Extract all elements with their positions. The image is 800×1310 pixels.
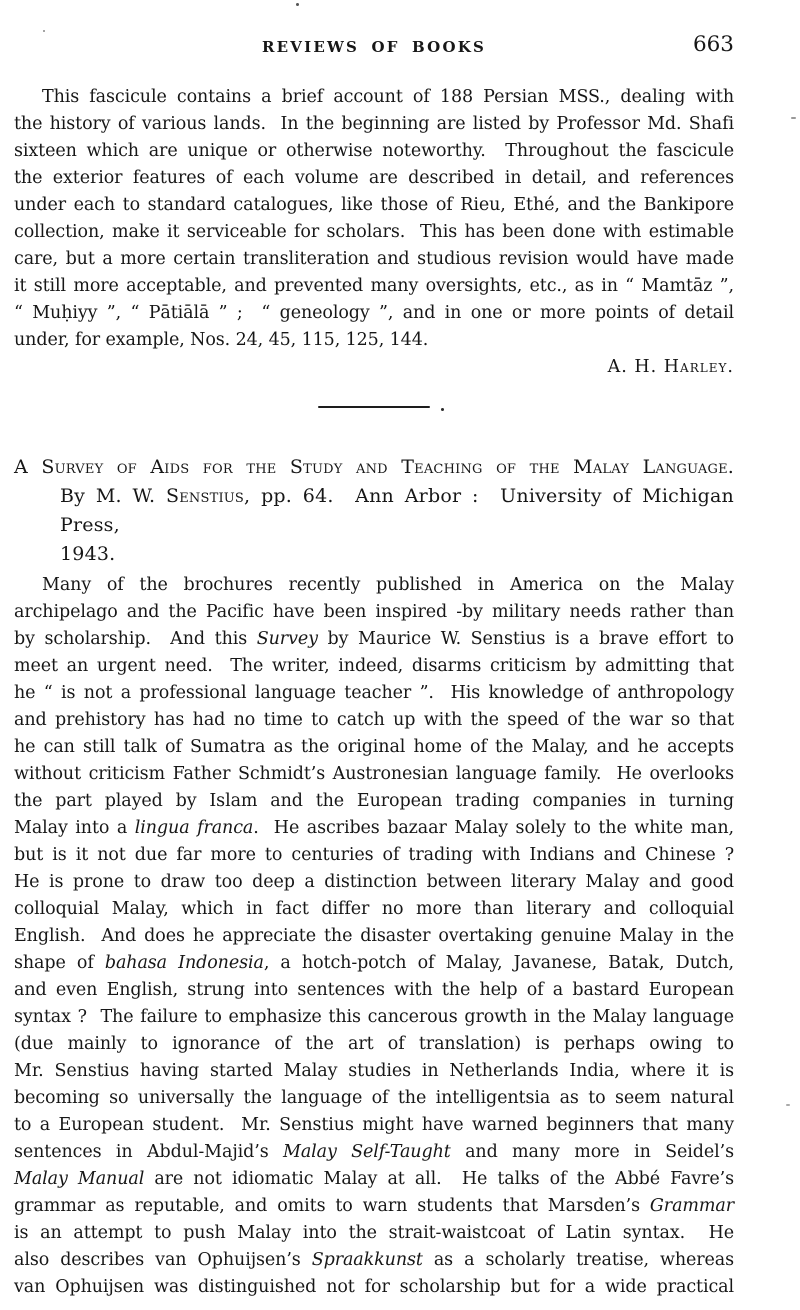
text-line: without criticism Father Schmidt’s Austr… (14, 761, 734, 788)
text-line: sixteen which are unique or otherwise no… (14, 138, 734, 165)
review-paragraph: Many of the brochures recently published… (14, 572, 734, 1301)
text-line: he “ is not a professional language teac… (14, 680, 734, 707)
page-number: 663 (693, 32, 734, 57)
text-line: and prehistory has had no time to catch … (14, 707, 734, 734)
text-line: syntax ? The failure to emphasize this c… (14, 1004, 734, 1031)
text-line: he can still talk of Sumatra as the orig… (14, 734, 734, 761)
text-line: the exterior features of each volume are… (14, 165, 734, 192)
text-line: “ Muḥiyy ”, “ Pātiālā ” ; “ geneology ”,… (14, 300, 734, 327)
review-paragraph: This fascicule contains a brief account … (14, 84, 734, 354)
text-line: Many of the brochures recently published… (14, 572, 734, 599)
scanned-journal-page: REVIEWS OF BOOKS 663 This fascicule cont… (0, 0, 800, 1310)
divider-rule (318, 406, 430, 408)
text-line: it still more acceptable, and prevented … (14, 273, 734, 300)
text-line: to a European student. Mr. Senstius migh… (14, 1112, 734, 1139)
text-line: but is it not due far more to centuries … (14, 842, 734, 869)
review-senstius: A Survey of Aids for the Study and Teach… (14, 453, 734, 1301)
text-line: is an attempt to push Malay into the str… (14, 1220, 734, 1247)
text-line: (due mainly to ignorance of the art of t… (14, 1031, 734, 1058)
text-line: This fascicule contains a brief account … (14, 84, 734, 111)
scan-speck (791, 117, 796, 119)
text-line: By M. W. Senstius, pp. 64. Ann Arbor : U… (14, 482, 734, 540)
scan-speck (43, 30, 45, 32)
text-line: collection, make it serviceable for scho… (14, 219, 734, 246)
text-line: and even English, strung into sentences … (14, 977, 734, 1004)
text-line: A Survey of Aids for the Study and Teach… (14, 453, 734, 482)
running-title: REVIEWS OF BOOKS (14, 38, 734, 56)
section-divider (318, 406, 430, 409)
text-line: Mr. Senstius having started Malay studie… (14, 1058, 734, 1085)
text-line: Malay Manual are not idiomatic Malay at … (14, 1166, 734, 1193)
scan-speck (296, 3, 299, 6)
review-harley: This fascicule contains a brief account … (14, 84, 734, 381)
reviewer-signature: A. H. Harley. (14, 354, 734, 381)
text-line: archipelago and the Pacific have been in… (14, 599, 734, 626)
text-line: under each to standard catalogues, like … (14, 192, 734, 219)
text-line: grammar as reputable, and omits to warn … (14, 1193, 734, 1220)
text-line: van Ophuijsen was distinguished not for … (14, 1274, 734, 1301)
text-line: also describes van Ophuijsen’s Spraakkun… (14, 1247, 734, 1274)
text-line: English. And does he appreciate the disa… (14, 923, 734, 950)
text-line: the part played by Islam and the Europea… (14, 788, 734, 815)
text-line: the history of various lands. In the beg… (14, 111, 734, 138)
review-heading: A Survey of Aids for the Study and Teach… (14, 453, 734, 569)
text-line: shape of bahasa Indonesia, a hotch-potch… (14, 950, 734, 977)
scan-speck (441, 408, 444, 411)
text-line: 1943. (14, 540, 734, 569)
text-line: colloquial Malay, which in fact differ n… (14, 896, 734, 923)
text-line: care, but a more certain transliteration… (14, 246, 734, 273)
text-line: meet an urgent need. The writer, indeed,… (14, 653, 734, 680)
text-line: under, for example, Nos. 24, 45, 115, 12… (14, 327, 734, 354)
text-line: becoming so universally the language of … (14, 1085, 734, 1112)
text-line: Malay into a lingua franca. He ascribes … (14, 815, 734, 842)
text-line: sentences in Abdul-Majid’s Malay Self-Ta… (14, 1139, 734, 1166)
text-line: by scholarship. And this Survey by Mauri… (14, 626, 734, 653)
page-header: REVIEWS OF BOOKS 663 (14, 34, 734, 58)
text-line: He is prone to draw too deep a distincti… (14, 869, 734, 896)
scan-speck (786, 1104, 790, 1106)
